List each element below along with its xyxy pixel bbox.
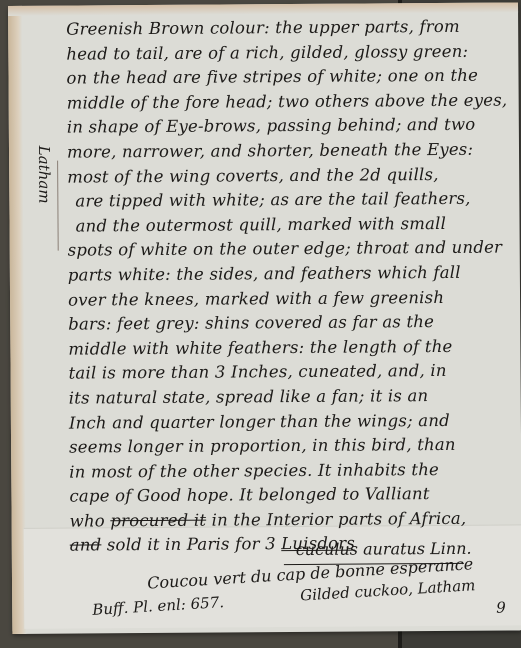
struck-text: and	[70, 536, 102, 555]
manuscript-line: middle of the fore head; two others abov…	[67, 88, 517, 116]
margin-rule	[57, 161, 59, 251]
struck-text: procured it	[110, 511, 206, 531]
manuscript-line: parts white: the sides, and feathers whi…	[68, 260, 518, 288]
manuscript-line: Inch and quarter longer than the wings; …	[69, 408, 519, 436]
manuscript-line: most of the wing coverts, and the 2d qui…	[67, 162, 517, 190]
line-text: in the Interior parts of Africa,	[206, 509, 466, 530]
manuscript-line-21: who procured it in the Interior parts of…	[70, 506, 520, 534]
manuscript-line: are tipped with white; as are the tail f…	[67, 187, 517, 215]
page-number: 9	[496, 599, 506, 617]
manuscript-line: spots of white on the outer edge; throat…	[68, 236, 518, 264]
manuscript-body: Greenish Brown colour: the upper parts, …	[66, 14, 520, 558]
page-edge-top	[8, 2, 518, 16]
manuscript-line: in shape of Eye-brows, passing behind; a…	[67, 113, 517, 141]
manuscript-line: in most of the other species. It inhabit…	[69, 457, 519, 485]
manuscript-line: seems longer in proportion, in this bird…	[69, 433, 519, 461]
manuscript-line: bars: feet grey: shins covered as far as…	[68, 310, 518, 338]
manuscript-line: more, narrower, and shorter, beneath the…	[67, 137, 517, 165]
line-text: who	[70, 511, 111, 530]
manuscript-page: Latham Greenish Brown colour: the upper …	[8, 2, 521, 634]
manuscript-line: over the knees, marked with a few greeni…	[68, 285, 518, 313]
manuscript-line: tail is more than 3 Inches, cuneated, an…	[68, 359, 518, 387]
margin-note-latham: Latham	[35, 146, 53, 204]
manuscript-line: its natural state, spread like a fan; it…	[69, 383, 519, 411]
manuscript-line: cape of Good hope. It belonged to Vallia…	[69, 482, 519, 510]
manuscript-line: head to tail, are of a rich, gilded, glo…	[66, 39, 516, 67]
manuscript-line: and the outermost quill, marked with sma…	[67, 211, 517, 239]
line-text: sold it in Paris for 3	[101, 535, 281, 555]
manuscript-line: on the head are five stripes of white; o…	[66, 64, 516, 92]
manuscript-line: Greenish Brown colour: the upper parts, …	[66, 14, 516, 42]
manuscript-line: middle with white feathers: the length o…	[68, 334, 518, 362]
